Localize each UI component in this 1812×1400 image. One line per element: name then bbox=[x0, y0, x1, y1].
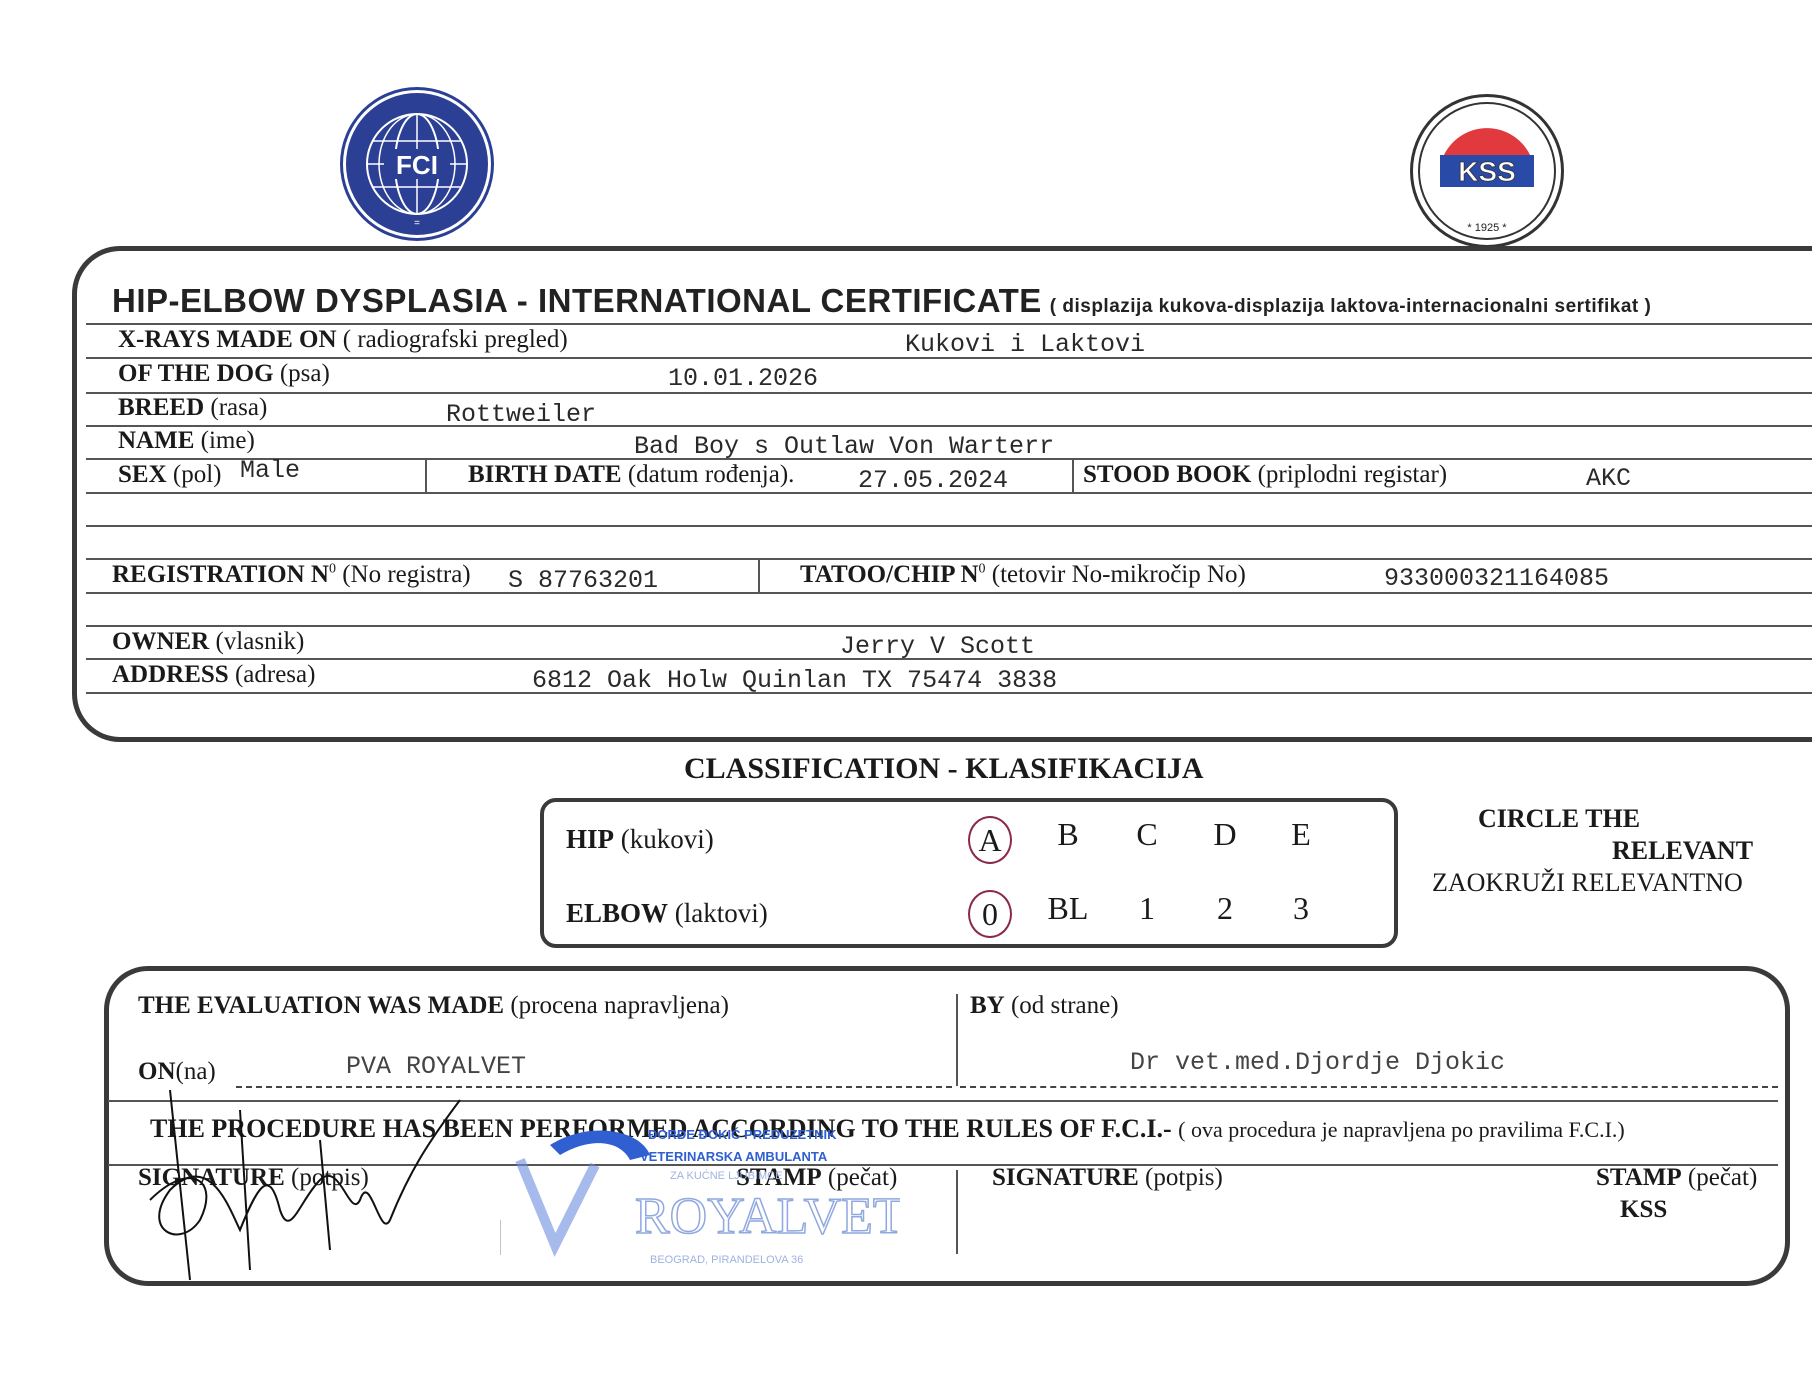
grade-option-2[interactable]: 2 bbox=[1200, 890, 1250, 927]
address-value: 6812 Oak Holw Quinlan TX 75474 3838 bbox=[532, 666, 1057, 695]
svg-text:=: = bbox=[414, 218, 420, 229]
signature-scribble bbox=[130, 1080, 490, 1300]
svg-text:FCI: FCI bbox=[396, 150, 438, 180]
stamp-logo-icon: ĐORĐE ĐOKIĆ PREDUZETNIK VETERINARSKA AMB… bbox=[500, 1125, 900, 1275]
stamp-right-value: KSS bbox=[1620, 1196, 1667, 1224]
circle-note-3: ZAOKRUŽI RELEVANTNO bbox=[1432, 868, 1743, 898]
registration-value: S 87763201 bbox=[508, 566, 658, 595]
certificate-title: HIP-ELBOW DYSPLASIA - INTERNATIONAL CERT… bbox=[112, 282, 1651, 320]
hip-label: HIP (kukovi) bbox=[566, 824, 714, 855]
birth-value: 27.05.2024 bbox=[858, 466, 1008, 495]
grade-option-b[interactable]: B bbox=[1043, 816, 1093, 853]
svg-text:KSS: KSS bbox=[1458, 156, 1516, 187]
grade-option-d[interactable]: D bbox=[1200, 816, 1250, 853]
grade-option-3[interactable]: 3 bbox=[1276, 890, 1326, 927]
certificate-subtitle: ( displazija kukova-displazija laktova-i… bbox=[1050, 296, 1652, 317]
royalvet-stamp: ĐORĐE ĐOKIĆ PREDUZETNIK VETERINARSKA AMB… bbox=[500, 1125, 900, 1275]
globe-icon: FCI = bbox=[346, 93, 488, 235]
svg-text:* 1925 *: * 1925 * bbox=[1467, 222, 1507, 234]
svg-text:ĐORĐE ĐOKIĆ PREDUZETNIK: ĐORĐE ĐOKIĆ PREDUZETNIK bbox=[648, 1127, 837, 1142]
evaluation-by-value: Dr vet.med.Djordje Djokic bbox=[1130, 1048, 1505, 1077]
breed-label: BREED (rasa) bbox=[118, 394, 267, 422]
elbow-label: ELBOW (laktovi) bbox=[566, 898, 768, 929]
signature-right-label: SIGNATURE (potpis) bbox=[992, 1164, 1223, 1192]
registration-label: REGISTRATION N0 (No registra) bbox=[112, 561, 471, 589]
dog-label: OF THE DOG (psa) bbox=[118, 360, 330, 388]
owner-value: Jerry V Scott bbox=[840, 632, 1035, 661]
grade-option-0[interactable]: 0 bbox=[968, 890, 1012, 938]
grade-option-a[interactable]: A bbox=[968, 816, 1012, 864]
stamp-right-label: STAMP (pečat) bbox=[1596, 1164, 1757, 1192]
svg-text:ROYALVET: ROYALVET bbox=[635, 1188, 900, 1245]
address-label: ADDRESS (adresa) bbox=[112, 661, 315, 689]
evaluation-by-label: BY (od strane) bbox=[970, 992, 1119, 1020]
breed-value: Rottweiler bbox=[446, 400, 596, 429]
chip-value: 933000321164085 bbox=[1384, 564, 1609, 593]
svg-text:BEOGRAD, PIRANDELOVA 36: BEOGRAD, PIRANDELOVA 36 bbox=[650, 1254, 803, 1266]
fci-logo: FCI = bbox=[343, 90, 491, 238]
svg-text:ZA KUĆNE LJUBIMCE: ZA KUĆNE LJUBIMCE bbox=[670, 1169, 782, 1182]
stud-label: STOOD BOOK (priplodni registar) bbox=[1083, 461, 1447, 489]
sex-value: Male bbox=[240, 456, 300, 485]
grade-option-c[interactable]: C bbox=[1122, 816, 1172, 853]
svg-text:VETERINARSKA AMBULANTA: VETERINARSKA AMBULANTA bbox=[640, 1149, 828, 1164]
evaluation-made-label: THE EVALUATION WAS MADE (procena napravl… bbox=[138, 992, 729, 1020]
kss-logo: KSS * 1925 * bbox=[1410, 94, 1564, 248]
dog-value: 10.01.2026 bbox=[668, 364, 818, 393]
grade-option-bl[interactable]: BL bbox=[1043, 890, 1093, 927]
grade-option-1[interactable]: 1 bbox=[1122, 890, 1172, 927]
circle-note-2: RELEVANT bbox=[1612, 836, 1753, 866]
xrays-label: X-RAYS MADE ON ( radiografski pregled) bbox=[118, 326, 568, 354]
sex-label: SEX (pol) bbox=[118, 461, 222, 489]
name-value: Bad Boy s Outlaw Von Warterr bbox=[634, 432, 1054, 461]
chip-label: TATOO/CHIP N0 (tetovir No-mikročip No) bbox=[800, 561, 1246, 589]
xrays-value: Kukovi i Laktovi bbox=[905, 330, 1145, 359]
stud-value: AKC bbox=[1586, 464, 1631, 493]
evaluation-on-value: PVA ROYALVET bbox=[346, 1052, 526, 1081]
name-label: NAME (ime) bbox=[118, 427, 255, 455]
circle-note-1: CIRCLE THE bbox=[1478, 804, 1640, 834]
classification-title: CLASSIFICATION - KLASIFIKACIJA bbox=[684, 752, 1204, 786]
grade-option-e[interactable]: E bbox=[1276, 816, 1326, 853]
owner-label: OWNER (vlasnik) bbox=[112, 628, 304, 656]
birth-label: BIRTH DATE (datum rođenja). bbox=[468, 461, 794, 489]
